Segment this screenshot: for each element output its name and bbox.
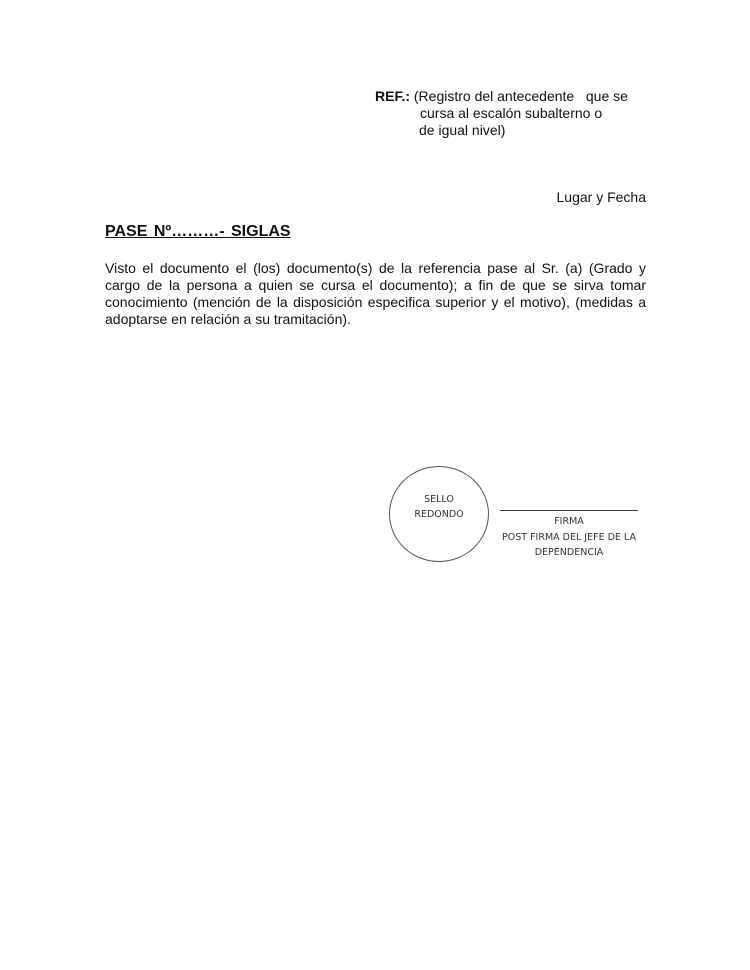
document-title: PASE Nº………- SIGLAS: [105, 223, 291, 241]
place-and-date: Lugar y Fecha: [557, 189, 647, 205]
signature-label: FIRMA: [490, 514, 648, 530]
reference-text-1: (Registro del antecedente que se: [410, 88, 628, 104]
reference-line-2: cursa al escalón subalterno o: [375, 105, 628, 122]
body-paragraph: Visto el documento el (los) documento(s)…: [105, 260, 646, 328]
reference-block: REF.: (Registro del antecedente que se c…: [375, 88, 628, 139]
signature-line: [500, 510, 638, 511]
seal-line-1: SELLO: [389, 492, 489, 507]
reference-label: REF.:: [375, 88, 410, 104]
reference-line-3: de igual nivel): [375, 122, 628, 139]
reference-line-1: REF.: (Registro del antecedente que se: [375, 88, 628, 105]
seal-line-2: REDONDO: [389, 507, 489, 522]
signature-block: FIRMA POST FIRMA DEL JEFE DE LA DEPENDEN…: [490, 514, 648, 561]
signature-post-line-1: POST FIRMA DEL JEFE DE LA: [490, 530, 648, 546]
signature-post-line-2: DEPENDENCIA: [490, 545, 648, 561]
round-seal-label: SELLO REDONDO: [389, 492, 489, 522]
